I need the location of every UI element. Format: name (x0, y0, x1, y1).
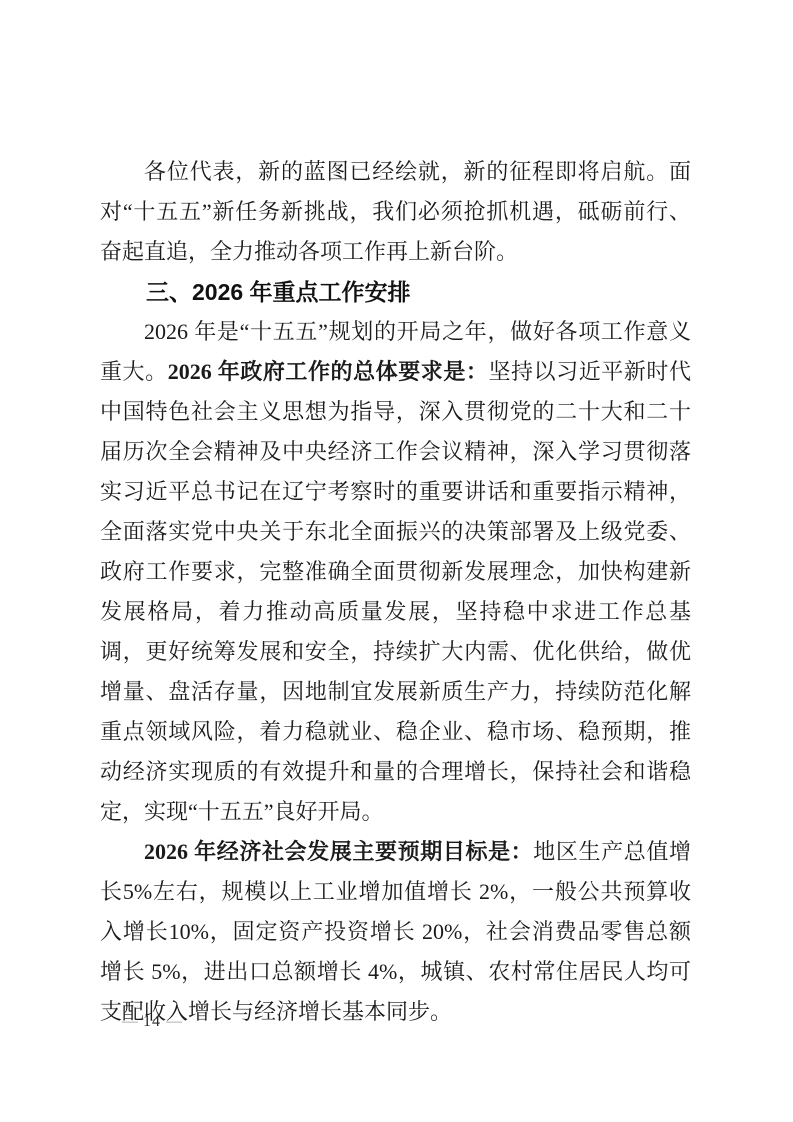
overview-body-text: 坚持以习近平新时代中国特色社会主义思想为指导，深入贯彻党的二十大和二十届历次全会… (100, 359, 691, 824)
paragraph-expected-targets: 2026 年经济社会发展主要预期目标是：地区生产总值增长5%左右，规模以上工业增… (100, 832, 691, 1032)
targets-bold-lead: 2026 年经济社会发展主要预期目标是： (144, 839, 533, 864)
targets-body-text: 地区生产总值增长5%左右，规模以上工业增加值增长 2%，一般公共预算收入增长10… (100, 839, 691, 1024)
document-page: 各位代表，新的蓝图已经绘就，新的征程即将启航。面对“十五五”新任务新挑战，我们必… (0, 0, 793, 1122)
page-number-value: 14 (143, 1013, 161, 1030)
paragraph-opening: 各位代表，新的蓝图已经绘就，新的征程即将启航。面对“十五五”新任务新挑战，我们必… (100, 152, 691, 272)
paragraph-overall-requirements: 2026 年是“十五五”规划的开局之年，做好各项工作意义重大。2026 年政府工… (100, 312, 691, 832)
section-heading: 三、2026 年重点工作安排 (100, 272, 691, 312)
page-number-dash-left: — (117, 1013, 143, 1030)
overview-bold-lead: 2026 年政府工作的总体要求是： (168, 359, 489, 384)
page-text-block: 各位代表，新的蓝图已经绘就，新的征程即将启航。面对“十五五”新任务新挑战，我们必… (100, 152, 691, 1032)
page-number: —14— (117, 1010, 187, 1034)
page-number-dash-right: — (161, 1013, 187, 1030)
